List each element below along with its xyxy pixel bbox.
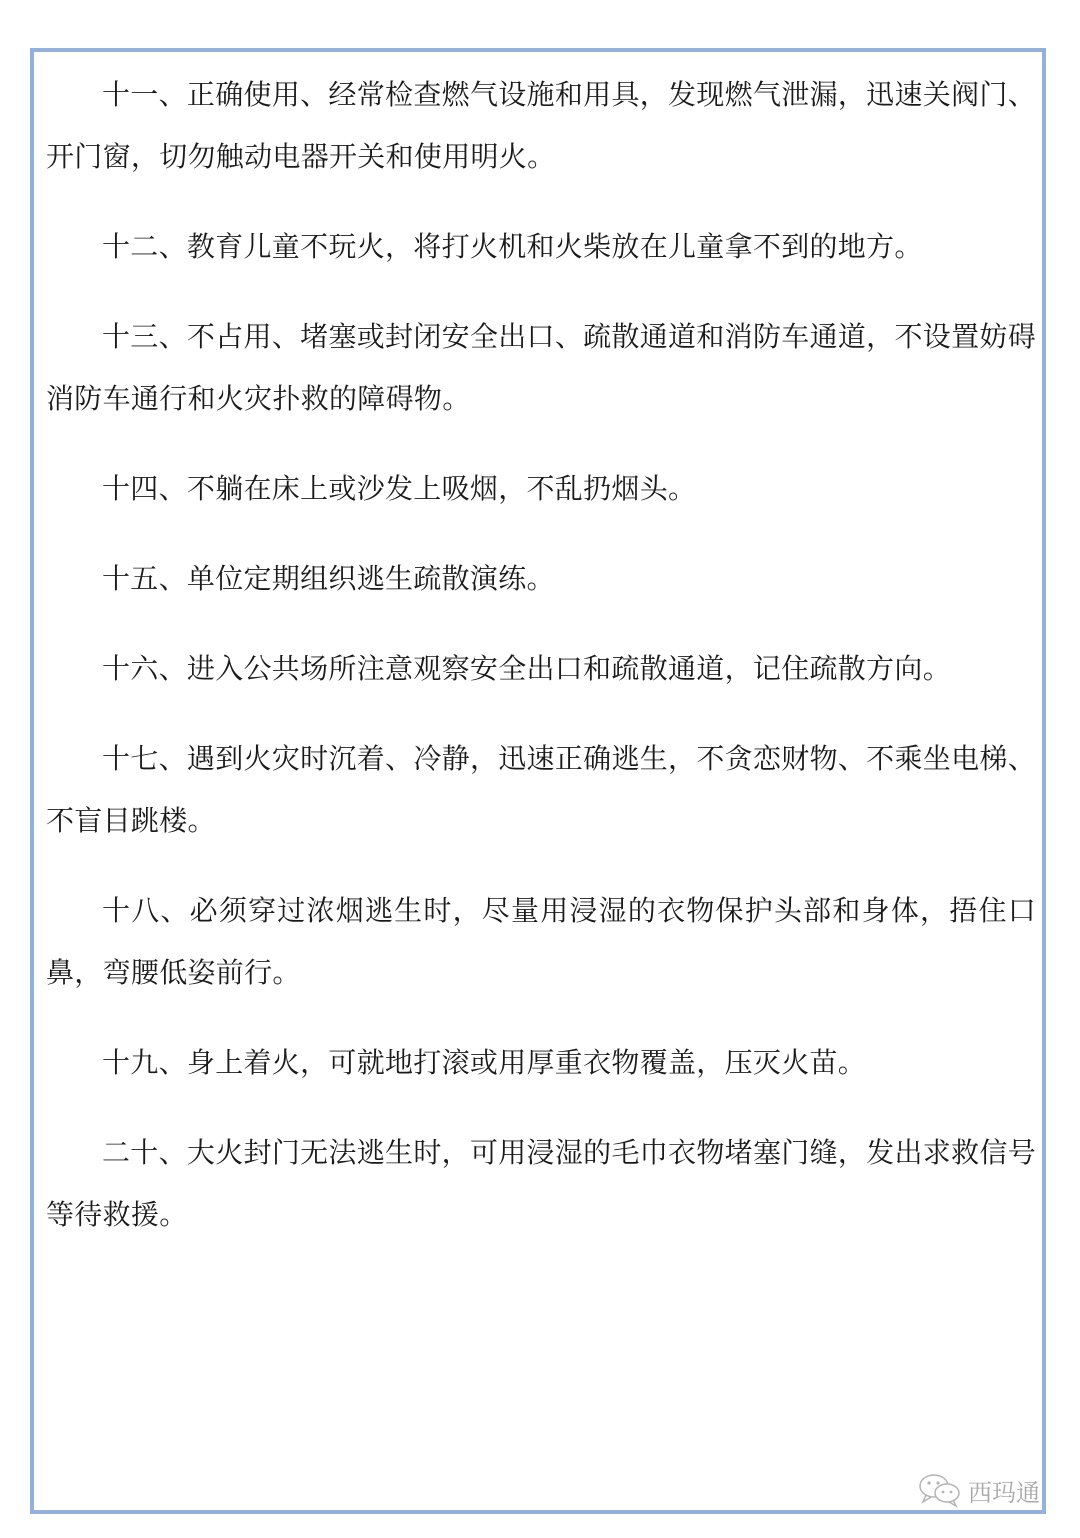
paragraph-gap: [46, 278, 1036, 306]
document-frame: 十一、正确使用、经常检查燃气设施和用具，发现燃气泄漏，迅速关阀门、开门窗，切勿触…: [30, 48, 1046, 1514]
paragraph-18: 十八、必须穿过浓烟逃生时，尽量用浸湿的衣物保护头部和身体，捂住口鼻，弯腰低姿前行…: [46, 880, 1036, 1004]
paragraph-14: 十四、不躺在床上或沙发上吸烟，不乱扔烟头。: [46, 458, 1036, 520]
document-content: 十一、正确使用、经常检查燃气设施和用具，发现燃气泄漏，迅速关阀门、开门窗，切勿触…: [46, 64, 1036, 1246]
paragraph-11: 十一、正确使用、经常检查燃气设施和用具，发现燃气泄漏，迅速关阀门、开门窗，切勿触…: [46, 64, 1036, 188]
paragraph-19: 十九、身上着火，可就地打滚或用厚重衣物覆盖，压灭火苗。: [46, 1032, 1036, 1094]
paragraph-gap: [46, 1094, 1036, 1122]
paragraph-gap: [46, 188, 1036, 216]
paragraph-20: 二十、大火封门无法逃生时，可用浸湿的毛巾衣物堵塞门缝，发出求救信号等待救援。: [46, 1122, 1036, 1246]
watermark-text: 西玛通: [968, 1473, 1040, 1508]
paragraph-13: 十三、不占用、堵塞或封闭安全出口、疏散通道和消防车通道，不设置妨碍消防车通行和火…: [46, 306, 1036, 430]
paragraph-12: 十二、教育儿童不玩火，将打火机和火柴放在儿童拿不到的地方。: [46, 216, 1036, 278]
watermark: 西玛通: [918, 1472, 1040, 1508]
paragraph-gap: [46, 430, 1036, 458]
paragraph-15: 十五、单位定期组织逃生疏散演练。: [46, 548, 1036, 610]
paragraph-gap: [46, 520, 1036, 548]
paragraph-gap: [46, 610, 1036, 638]
paragraph-gap: [46, 1004, 1036, 1032]
paragraph-gap: [46, 852, 1036, 880]
paragraph-16: 十六、进入公共场所注意观察安全出口和疏散通道，记住疏散方向。: [46, 638, 1036, 700]
paragraph-17: 十七、遇到火灾时沉着、冷静，迅速正确逃生，不贪恋财物、不乘坐电梯、不盲目跳楼。: [46, 728, 1036, 852]
paragraph-gap: [46, 700, 1036, 728]
wechat-icon: [918, 1472, 962, 1508]
